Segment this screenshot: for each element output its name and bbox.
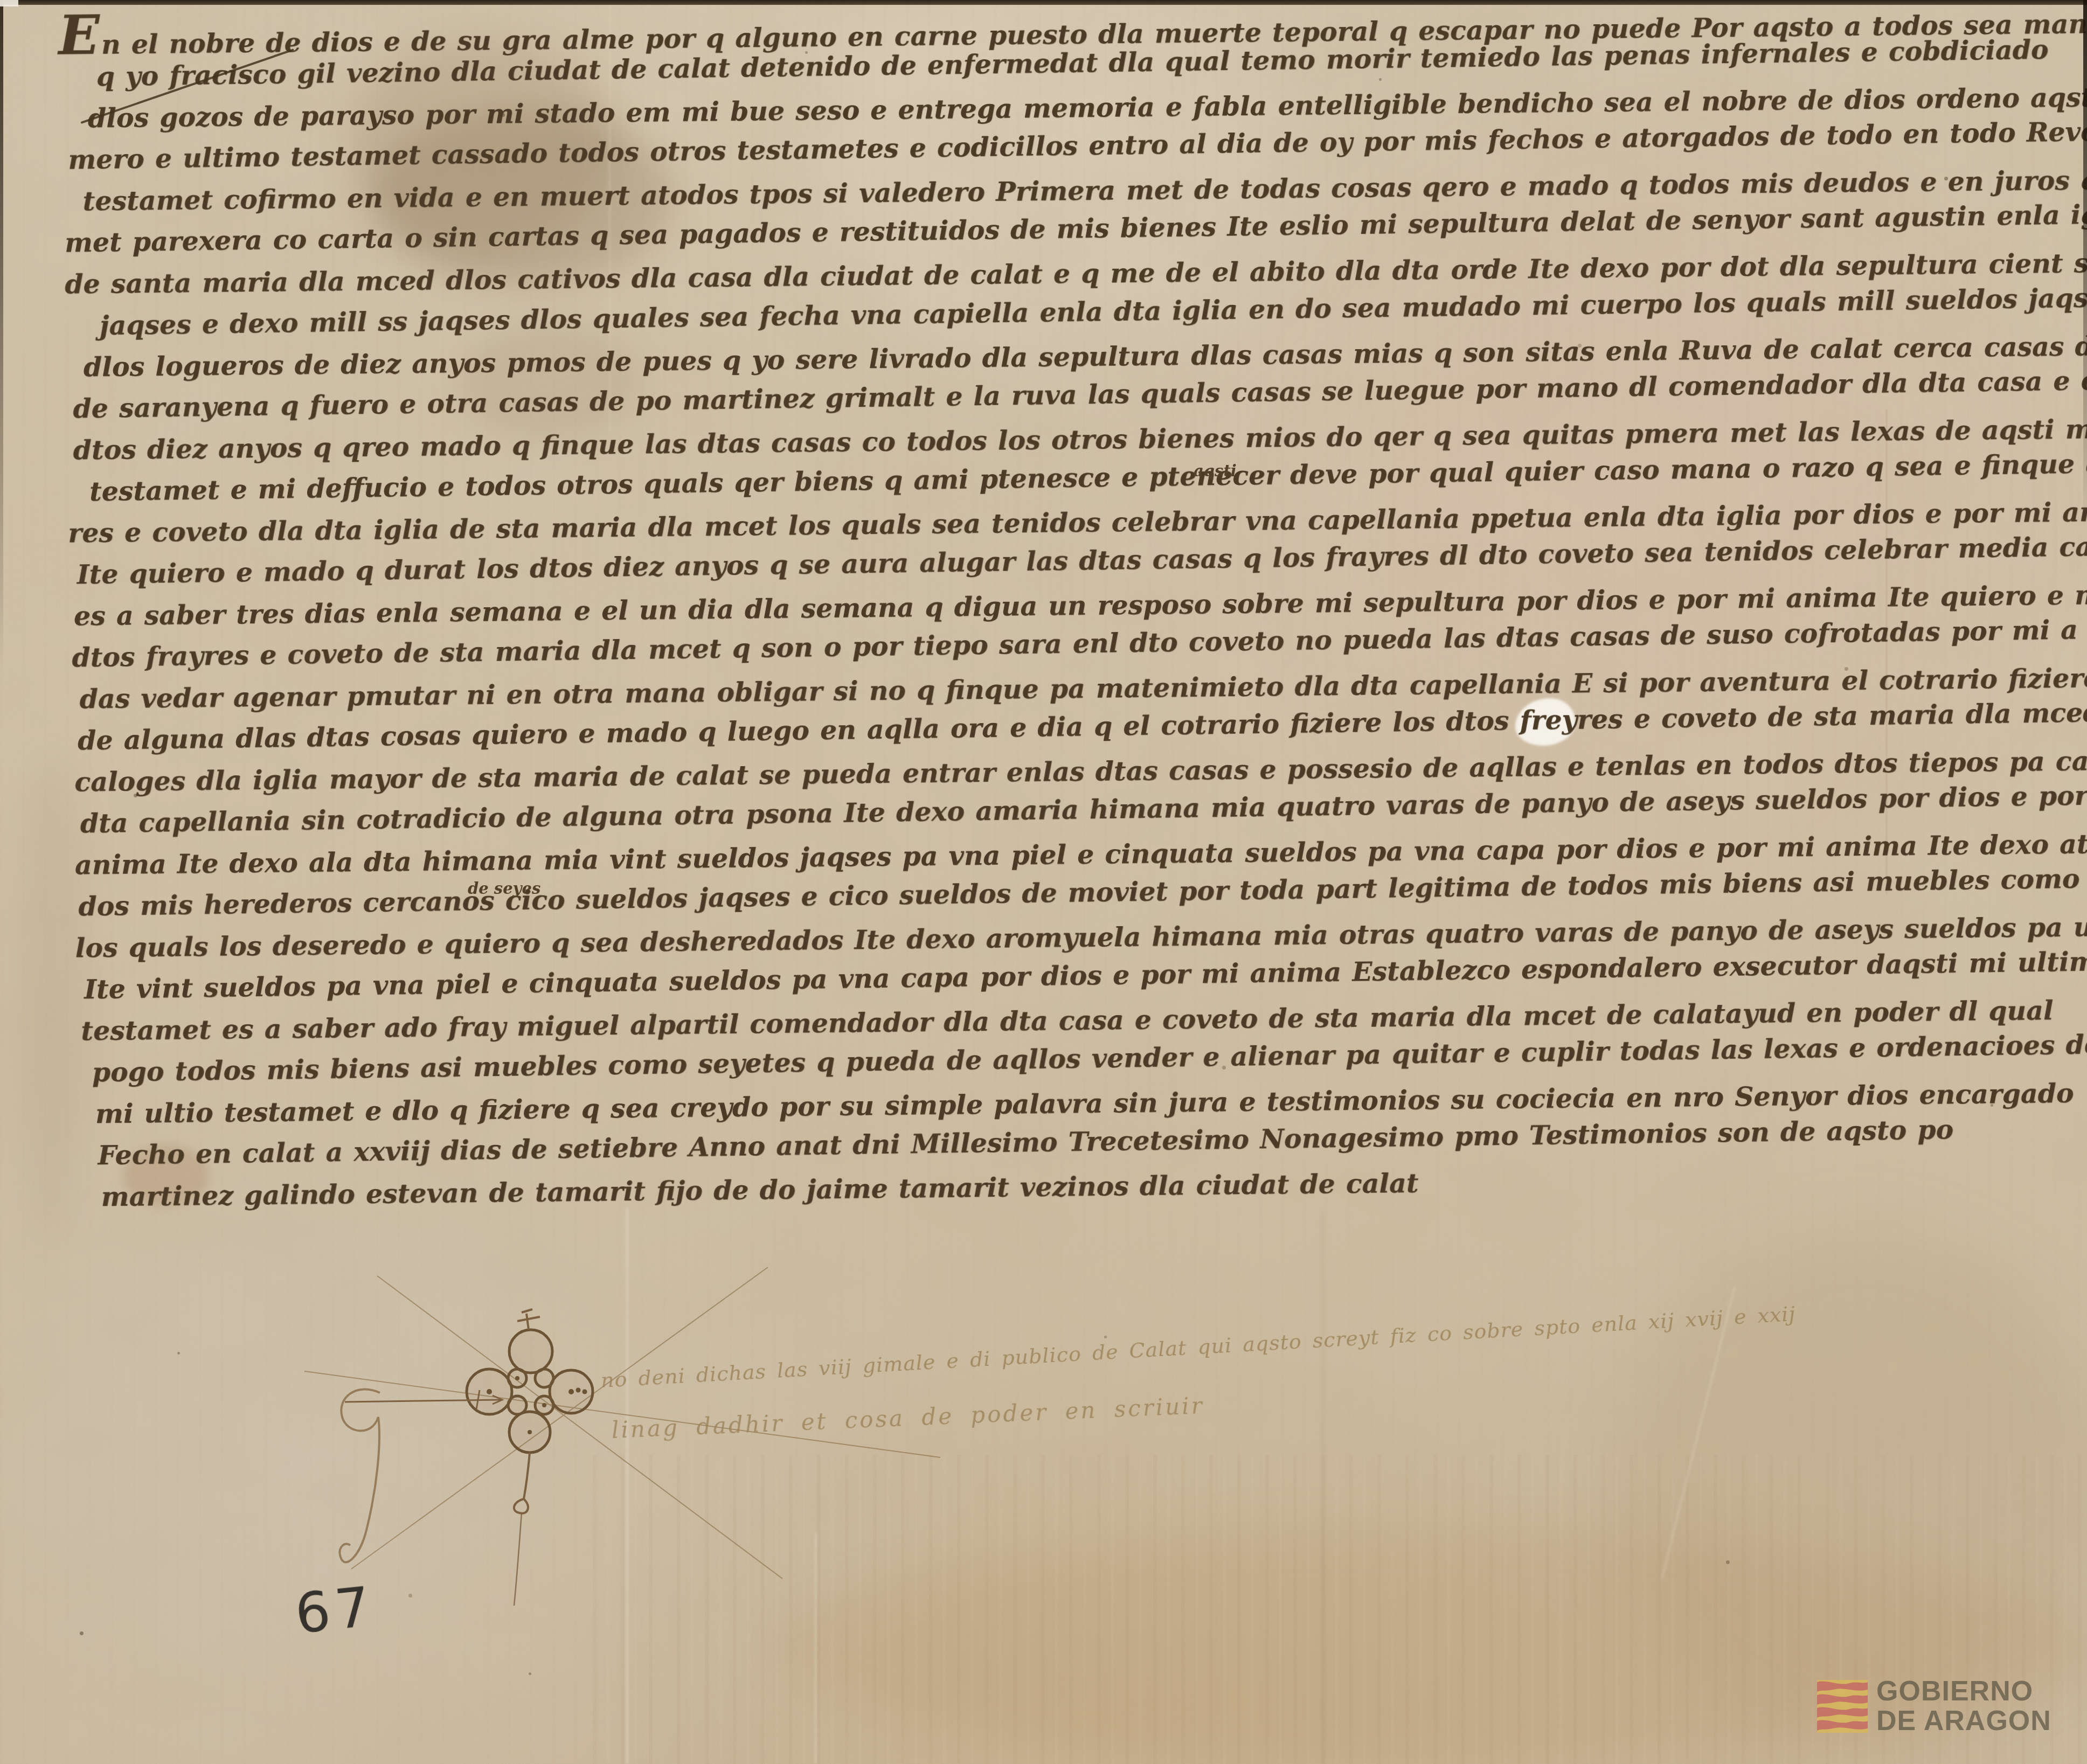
manuscript-text-block: En el nobre de dios e de su gra alme por… [0,0,2087,1255]
scan-edge-right [2083,0,2087,528]
watermark-line1: GOBIERNO [1876,1677,2051,1706]
interlinear-insertion: aqsti [1194,462,1237,480]
notary-subscription-line: no deni dichas las viij gimale e di publ… [600,1302,1797,1392]
parchment-scan: En el nobre de dios e de su gra alme por… [0,0,2087,1764]
notary-subscription-line: linag dadhir et cosa de poder en scriuir [611,1392,1205,1443]
scan-edge-top [0,0,2087,5]
archive-number: 67 [292,1575,378,1647]
watermark-text: GOBIERNO DE ARAGON [1876,1677,2051,1736]
gobierno-aragon-watermark: GOBIERNO DE ARAGON [1817,1677,2051,1736]
watermark-line2: DE ARAGON [1876,1706,2051,1736]
parchment-crease [1321,1212,1325,1764]
parchment-crease [815,1533,816,1764]
interlinear-insertion: de seyes [468,879,540,898]
scan-corner-gap [0,0,18,6]
aragon-flag-icon [1817,1680,1868,1733]
parchment-crease [626,1207,628,1764]
scan-edge-left [0,0,3,673]
parchment-stain [1617,1228,2087,1746]
